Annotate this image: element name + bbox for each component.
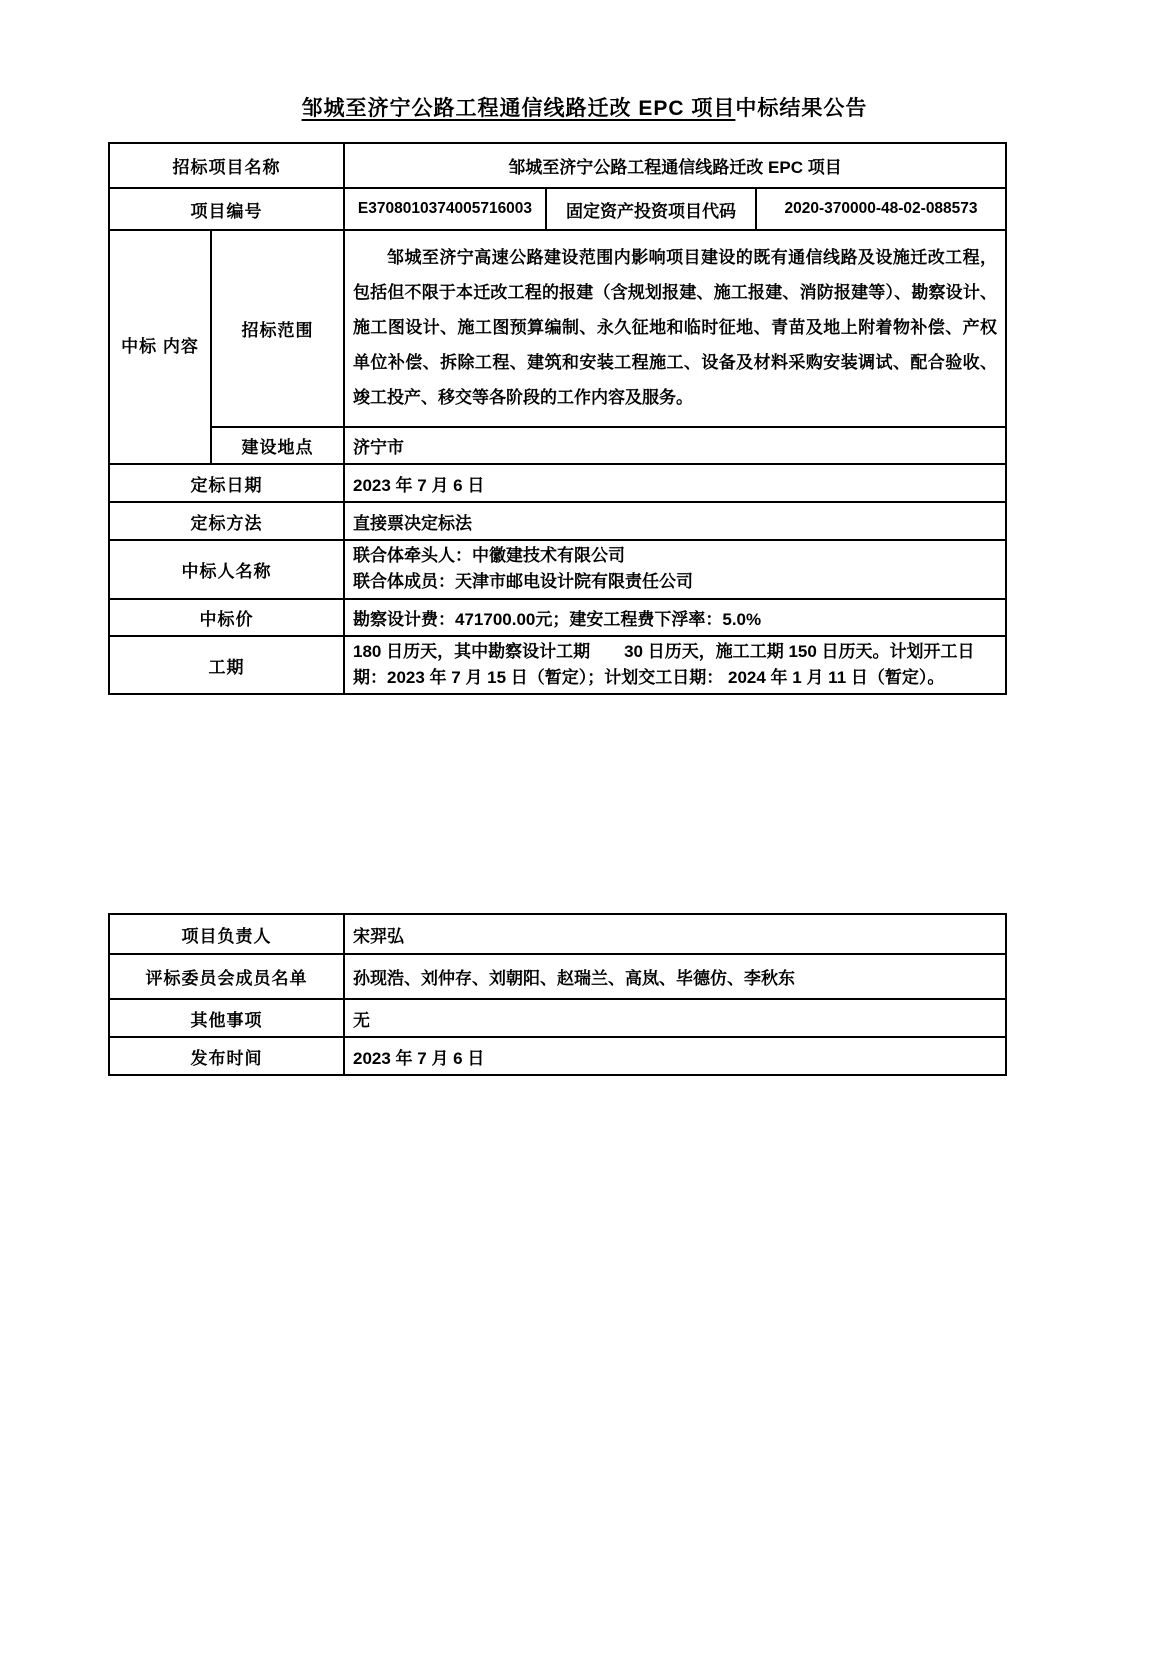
bid-content-label-line2: 内容: [163, 333, 199, 360]
row-value-project-name: 邹城至济宁公路工程通信线路迁改 EPC 项目: [344, 143, 1006, 188]
table-row-award-method: 定标方法 直接票决定标法: [109, 502, 1006, 540]
table-row-award-date: 定标日期 2023 年 7 月 6 日: [109, 464, 1006, 502]
row-label-publish-time: 发布时间: [109, 1037, 344, 1075]
row-label-location: 建设地点: [211, 427, 344, 464]
page-title: 邹城至济宁公路工程通信线路迁改 EPC 项目中标结果公告: [0, 92, 1169, 122]
bid-result-table: 招标项目名称 邹城至济宁公路工程通信线路迁改 EPC 项目 项目编号 E3708…: [108, 142, 1007, 695]
row-value-bid-price: 勘察设计费：471700.00元；建安工程费下浮率：5.0%: [344, 599, 1006, 636]
table-row-duration: 工期 180 日历天，其中勘察设计工期 30 日历天，施工工期 150 日历天。…: [109, 636, 1006, 695]
row-label-winner: 中标人名称: [109, 540, 344, 599]
row-value-project-no: E3708010374005716003: [344, 188, 546, 230]
table-row-project-name: 招标项目名称 邹城至济宁公路工程通信线路迁改 EPC 项目: [109, 143, 1006, 188]
row-label-award-method: 定标方法: [109, 502, 344, 540]
row-value-award-date: 2023 年 7 月 6 日: [344, 464, 1006, 502]
row-label-bid-price: 中标价: [109, 599, 344, 636]
table-row-project-manager: 项目负责人 宋羿弘: [109, 914, 1006, 954]
row-value-investment-code: 2020-370000-48-02-088573: [756, 188, 1006, 230]
winner-leader-line: 联合体牵头人：中徽建技术有限公司: [353, 543, 997, 569]
row-value-bid-scope: 邹城至济宁高速公路建设范围内影响项目建设的既有通信线路及设施迁改工程，包括但不限…: [344, 230, 1006, 427]
row-value-winner: 联合体牵头人：中徽建技术有限公司 联合体成员：天津市邮电设计院有限责任公司: [344, 540, 1006, 599]
table-row-location: 建设地点 济宁市: [109, 427, 1006, 464]
table-row-bid-price: 中标价 勘察设计费：471700.00元；建安工程费下浮率：5.0%: [109, 599, 1006, 636]
row-value-project-manager: 宋羿弘: [344, 914, 1006, 954]
winner-member-line: 联合体成员：天津市邮电设计院有限责任公司: [353, 569, 997, 595]
page-title-underlined: 邹城至济宁公路工程通信线路迁改 EPC 项目: [302, 97, 736, 120]
table-row-project-no: 项目编号 E3708010374005716003 固定资产投资项目代码 202…: [109, 188, 1006, 230]
row-label-project-manager: 项目负责人: [109, 914, 344, 954]
bid-content-label-line1: 中标: [121, 333, 157, 360]
row-label-investment-code: 固定资产投资项目代码: [546, 188, 756, 230]
table-row-winner: 中标人名称 联合体牵头人：中徽建技术有限公司 联合体成员：天津市邮电设计院有限责…: [109, 540, 1006, 599]
row-label-project-name: 招标项目名称: [109, 143, 344, 188]
row-label-committee: 评标委员会成员名单: [109, 954, 344, 999]
document-page: 邹城至济宁公路工程通信线路迁改 EPC 项目中标结果公告 招标项目名称 邹城至济…: [0, 0, 1169, 1654]
row-value-duration: 180 日历天，其中勘察设计工期 30 日历天，施工工期 150 日历天。计划开…: [344, 636, 1006, 695]
page-title-rest: 中标结果公告: [735, 97, 867, 120]
row-label-duration: 工期: [109, 636, 344, 695]
row-label-bid-scope: 招标范围: [211, 230, 344, 427]
table-row-other-items: 其他事项 无: [109, 999, 1006, 1037]
row-value-committee: 孙现浩、刘仲存、刘朝阳、赵瑞兰、高岚、毕德仿、李秋东: [344, 954, 1006, 999]
table-row-publish-time: 发布时间 2023 年 7 月 6 日: [109, 1037, 1006, 1075]
table-row-committee: 评标委员会成员名单 孙现浩、刘仲存、刘朝阳、赵瑞兰、高岚、毕德仿、李秋东: [109, 954, 1006, 999]
bid-scope-text: 邹城至济宁高速公路建设范围内影响项目建设的既有通信线路及设施迁改工程，包括但不限…: [353, 241, 997, 415]
row-label-award-date: 定标日期: [109, 464, 344, 502]
row-label-project-no: 项目编号: [109, 188, 344, 230]
row-value-location: 济宁市: [344, 427, 1006, 464]
table-row-bid-scope: 中标 内容 招标范围 邹城至济宁高速公路建设范围内影响项目建设的既有通信线路及设…: [109, 230, 1006, 427]
row-label-bid-content: 中标 内容: [109, 230, 211, 464]
row-value-award-method: 直接票决定标法: [344, 502, 1006, 540]
row-value-publish-time: 2023 年 7 月 6 日: [344, 1037, 1006, 1075]
row-value-other-items: 无: [344, 999, 1006, 1037]
evaluation-info-table: 项目负责人 宋羿弘 评标委员会成员名单 孙现浩、刘仲存、刘朝阳、赵瑞兰、高岚、毕…: [108, 913, 1007, 1076]
row-label-other-items: 其他事项: [109, 999, 344, 1037]
